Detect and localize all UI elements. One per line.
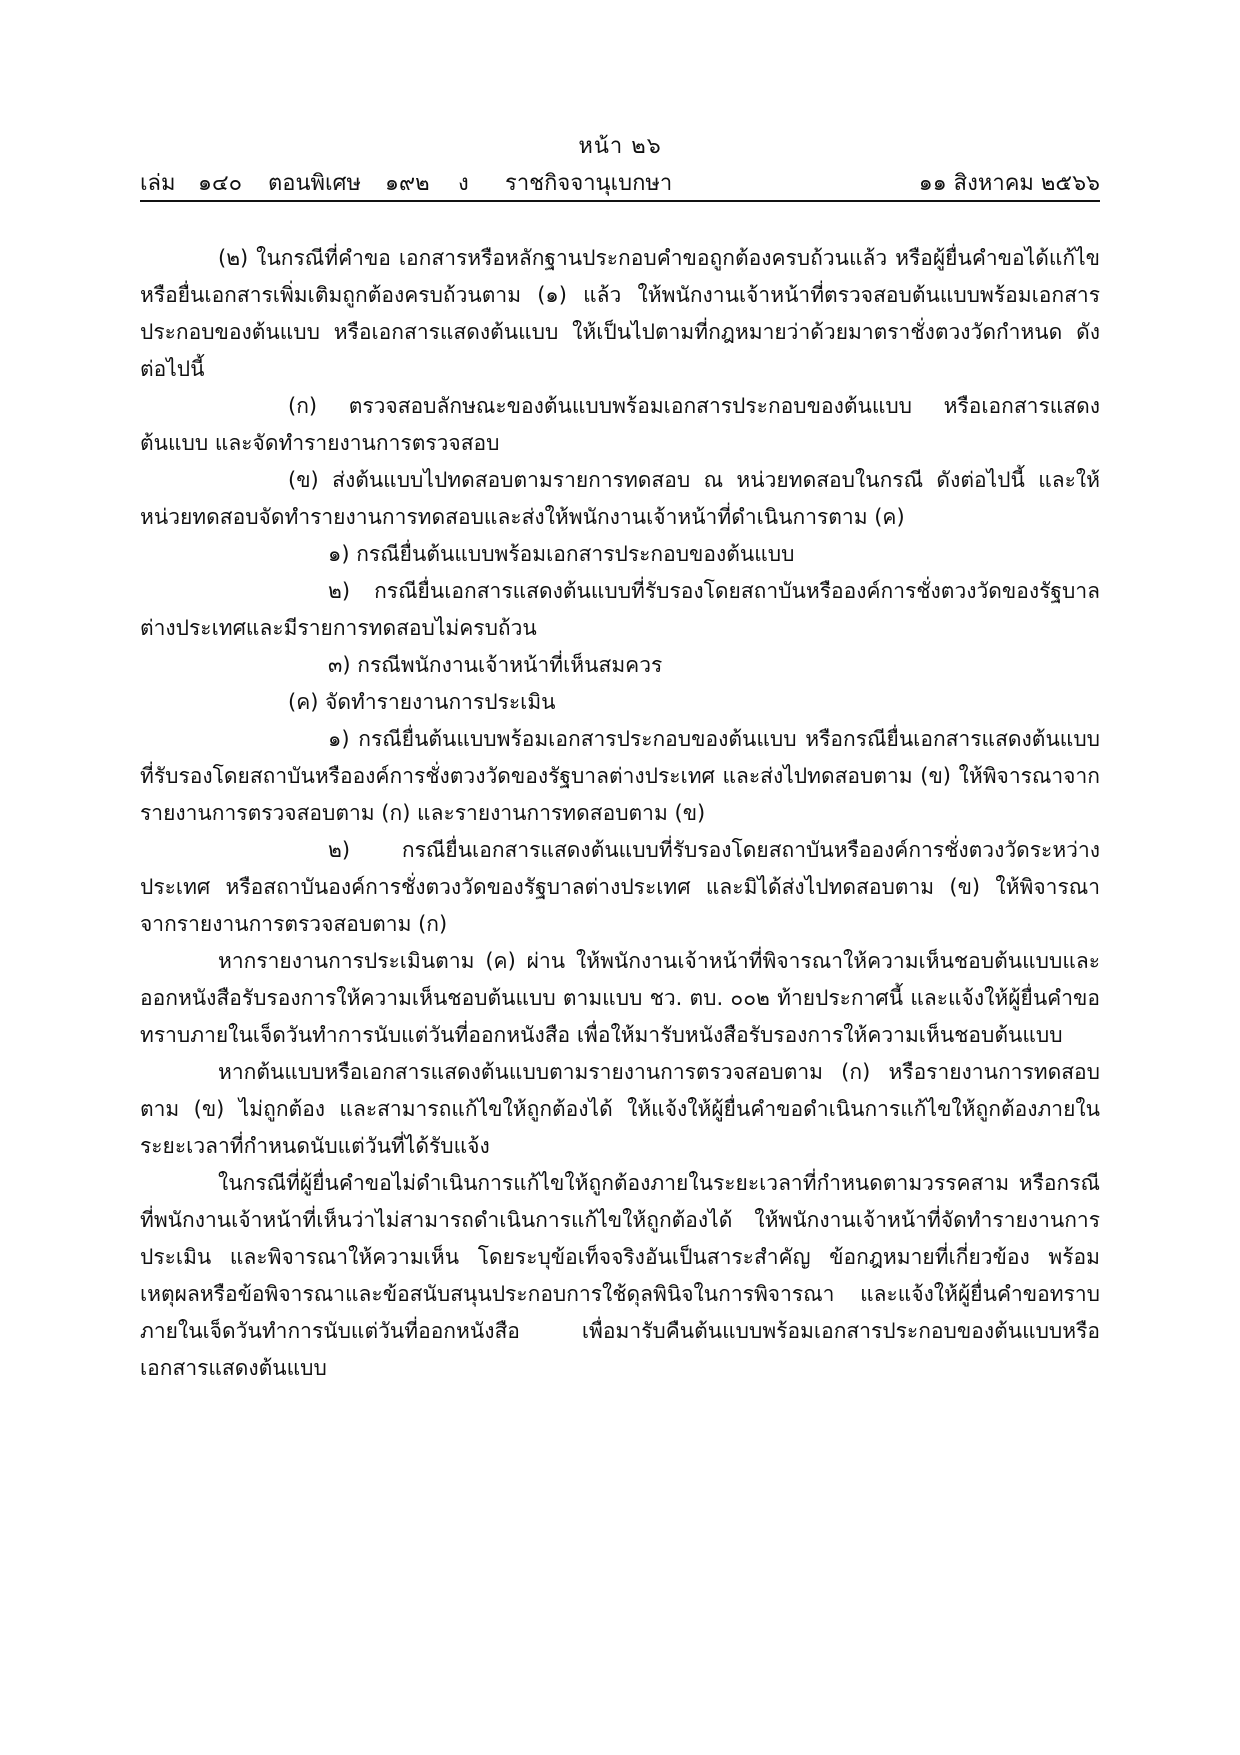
page-number: หน้า ๒๖: [0, 128, 1240, 163]
paragraph-kho-3: ๓) กรณีพนักงานเจ้าหน้าที่เห็นสมควร: [140, 647, 1100, 684]
paragraph-2: (๒) ในกรณีที่คำขอ เอกสารหรือหลักฐานประกอ…: [140, 240, 1100, 388]
volume-number: ๑๔๐: [198, 165, 242, 200]
paragraph-kho-khai: (ค) จัดทำรายงานการประเมิน: [140, 684, 1100, 721]
section-part: ง: [458, 165, 469, 200]
document-body: (๒) ในกรณีที่คำขอ เอกสารหรือหลักฐานประกอ…: [140, 240, 1100, 1387]
volume-label: เล่ม: [140, 165, 176, 200]
document-page: หน้า ๒๖ เล่ม ๑๔๐ ตอนพิเศษ ๑๙๒ ง ราชกิจจา…: [0, 0, 1240, 1755]
section-label: ตอนพิเศษ: [268, 165, 361, 200]
paragraph-kho-2: ๒) กรณียื่นเอกสารแสดงต้นแบบที่รับรองโดยส…: [140, 573, 1100, 647]
gazette-header: เล่ม ๑๔๐ ตอนพิเศษ ๑๙๒ ง ราชกิจจานุเบกษา …: [140, 165, 1100, 195]
paragraph-kho-1: ๑) กรณียื่นต้นแบบพร้อมเอกสารประกอบของต้น…: [140, 536, 1100, 573]
paragraph-failure: ในกรณีที่ผู้ยื่นคำขอไม่ดำเนินการแก้ไขให้…: [140, 1165, 1100, 1387]
paragraph-correction: หากต้นแบบหรือเอกสารแสดงต้นแบบตามรายงานกา…: [140, 1054, 1100, 1165]
paragraph-kho: (ข) ส่งต้นแบบไปทดสอบตามรายการทดสอบ ณ หน่…: [140, 462, 1100, 536]
paragraph-ko: (ก) ตรวจสอบลักษณะของต้นแบบพร้อมเอกสารประ…: [140, 388, 1100, 462]
paragraph-pass: หากรายงานการประเมินตาม (ค) ผ่าน ให้พนักง…: [140, 943, 1100, 1054]
paragraph-kho-khai-1: ๑) กรณียื่นต้นแบบพร้อมเอกสารประกอบของต้น…: [140, 721, 1100, 832]
publication-date: ๑๑ สิงหาคม ๒๕๖๖: [919, 165, 1100, 200]
header-divider: [140, 200, 1100, 202]
paragraph-kho-khai-2: ๒) กรณียื่นเอกสารแสดงต้นแบบที่รับรองโดยส…: [140, 832, 1100, 943]
gazette-name: ราชกิจจานุเบกษา: [505, 165, 672, 200]
section-number: ๑๙๒: [385, 165, 430, 200]
